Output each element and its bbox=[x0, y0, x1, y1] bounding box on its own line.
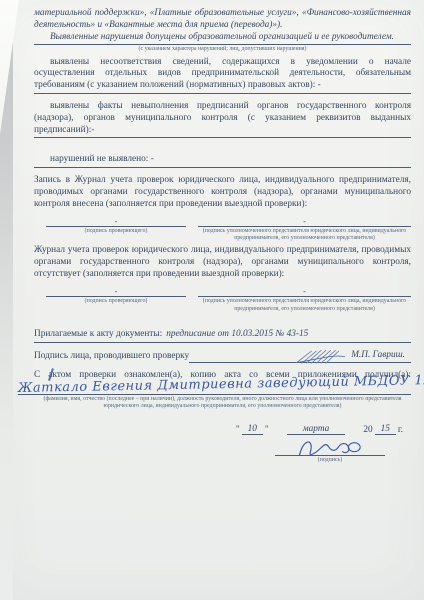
inspector-signature-flourish bbox=[295, 348, 347, 364]
no-violations-text: нарушений не выявлено: - bbox=[34, 154, 411, 166]
recipient-signature-block: (подпись) bbox=[34, 437, 411, 465]
date-day: 10 bbox=[242, 424, 263, 435]
scanned-inspection-act-page: материальной поддержки», «Платные образо… bbox=[0, 0, 424, 600]
acknowledgement-block: С актом проверки ознакомлен(а), копию ак… bbox=[34, 370, 411, 410]
date-year: 15 bbox=[375, 424, 396, 435]
facts-paragraph: выявлены факты невыполнения предписаний … bbox=[34, 101, 411, 136]
dash-placeholder: - bbox=[46, 218, 186, 225]
date-suffix: г. bbox=[398, 425, 403, 435]
recipient-field-line: Жаткало Евгения Дмитриевна заведующий МБ… bbox=[18, 379, 411, 395]
dash-placeholder: - bbox=[46, 288, 186, 295]
representative-signature-field: - (подпись уполномоченного представителя… bbox=[198, 288, 411, 313]
date-month: марта bbox=[287, 424, 346, 435]
representative-signature-field: - (подпись уполномоченного представителя… bbox=[198, 218, 411, 243]
signature-line bbox=[198, 226, 411, 227]
continuation-paragraph: материальной поддержки», «Платные образо… bbox=[34, 8, 411, 32]
mismatch-field: выявлены несоответствия сведений, содерж… bbox=[34, 57, 411, 94]
journal-entered-paragraph: Запись в Журнал учета проверок юридическ… bbox=[34, 175, 411, 210]
signature-line bbox=[46, 296, 186, 297]
inspector-sign-row: Подпись лица, проводившего проверку М.П.… bbox=[34, 347, 411, 363]
inspector-signature-field: - (подпись проверяющего) bbox=[46, 218, 186, 243]
representative-signature-caption: (подпись уполномоченного представителя ю… bbox=[198, 228, 411, 242]
attachments-value: предписание от 10.03.2015 № 43-15 bbox=[166, 329, 308, 339]
inspector-signature-caption: (подпись проверяющего) bbox=[46, 228, 186, 235]
document-content: материальной поддержки», «Платные образо… bbox=[34, 8, 411, 465]
no-violations-field: нарушений не выявлено: - bbox=[34, 154, 411, 168]
signature-line bbox=[198, 296, 411, 297]
representative-signature-caption: (подпись уполномоченного представителя ю… bbox=[198, 298, 411, 312]
attachments-field: Прилагаемые к акту документы: предписани… bbox=[34, 323, 411, 343]
dash-placeholder: - bbox=[198, 218, 411, 225]
close-quote: " bbox=[265, 425, 269, 435]
signature-line bbox=[46, 226, 186, 227]
date-line: " 10 " марта 20 15 г. bbox=[34, 424, 411, 435]
signature-caption: (подпись) bbox=[318, 457, 342, 464]
violations-filled-text: Выявленные нарушения допущены образовате… bbox=[34, 32, 411, 44]
inspector-signature-caption: (подпись проверяющего) bbox=[46, 298, 186, 305]
attachments-label: Прилагаемые к акту документы: bbox=[34, 329, 162, 339]
signature-line bbox=[275, 455, 385, 456]
violations-filled-field: Выявленные нарушения допущены образовате… bbox=[34, 32, 411, 46]
inspector-sign-label: Подпись лица, проводившего проверку bbox=[34, 351, 189, 363]
journal-missing-paragraph: Журнал учета проверок юридического лица,… bbox=[34, 245, 411, 280]
signature-row-journal-entered: - (подпись проверяющего) - (подпись упол… bbox=[34, 218, 411, 243]
mismatch-paragraph: выявлены несоответствия сведений, содерж… bbox=[34, 57, 411, 92]
inspector-signature-field: - (подпись проверяющего) bbox=[46, 288, 186, 313]
signature-row-journal-missing: - (подпись проверяющего) - (подпись упол… bbox=[34, 288, 411, 313]
violations-field-caption: (с указанием характера нарушений; лиц, д… bbox=[34, 46, 411, 53]
facts-field: выявлены факты невыполнения предписаний … bbox=[34, 101, 411, 138]
date-century: 20 bbox=[363, 425, 372, 435]
dash-placeholder: - bbox=[198, 288, 411, 295]
inspector-name: М.П. Гавриш. bbox=[351, 350, 405, 362]
recipient-field-caption: (фамилия, имя, отчество (последнее – при… bbox=[34, 396, 411, 410]
open-quote: " bbox=[236, 425, 240, 435]
inspector-sign-line: М.П. Гавриш. bbox=[189, 347, 411, 363]
